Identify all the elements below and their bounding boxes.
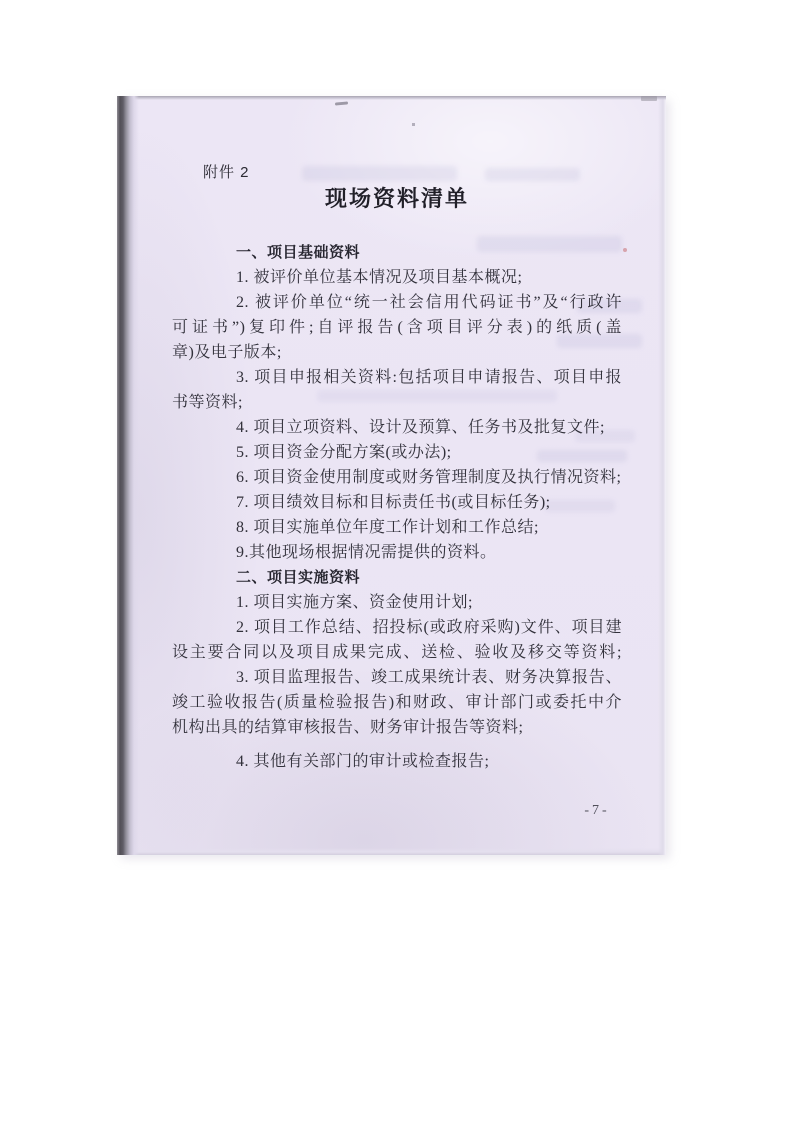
document-title: 现场资料清单 <box>172 185 622 212</box>
body-line: 书等资料; <box>172 390 622 415</box>
body-line: 7. 项目绩效目标和目标责任书(或目标任务); <box>172 490 622 515</box>
attachment-label: 附件 2 <box>203 165 622 181</box>
body-line: 4. 项目立项资料、设计及预算、任务书及批复文件; <box>172 415 622 440</box>
body-line: 二、项目实施资料 <box>172 565 622 590</box>
body-line: 可证书”)复印件;自评报告(含项目评分表)的纸质(盖 <box>172 315 622 340</box>
body-line: 2. 项目工作总结、招投标(或政府采购)文件、项目建 <box>172 615 622 640</box>
body-line: 3. 项目监理报告、竣工成果统计表、财务决算报告、 <box>172 665 622 690</box>
body-line: 1. 项目实施方案、资金使用计划; <box>172 590 622 615</box>
document-body: 一、项目基础资料1. 被评价单位基本情况及项目基本概况;2. 被评价单位“统一社… <box>172 240 622 774</box>
document-page: 附件 2 现场资料清单 一、项目基础资料1. 被评价单位基本情况及项目基本概况;… <box>117 96 666 855</box>
body-line: 5. 项目资金分配方案(或办法); <box>172 440 622 465</box>
scan-speck <box>641 96 657 101</box>
body-line: 机构出具的结算审核报告、财务审计报告等资料; <box>172 715 622 740</box>
document-content: 附件 2 现场资料清单 一、项目基础资料1. 被评价单位基本情况及项目基本概况;… <box>172 96 622 774</box>
scanned-document-canvas: 附件 2 现场资料清单 一、项目基础资料1. 被评价单位基本情况及项目基本概况;… <box>0 0 793 1122</box>
body-line: 一、项目基础资料 <box>172 240 622 265</box>
body-line: 4. 其他有关部门的审计或检查报告; <box>172 749 622 774</box>
body-line: 3. 项目申报相关资料:包括项目申请报告、项目申报 <box>172 365 622 390</box>
body-line: 竣工验收报告(质量检验报告)和财政、审计部门或委托中介 <box>172 690 622 715</box>
body-line: 设主要合同以及项目成果完成、送检、验收及移交等资料; <box>172 640 622 665</box>
body-line: 1. 被评价单位基本情况及项目基本概况; <box>172 265 622 290</box>
body-line: 章)及电子版本; <box>172 340 622 365</box>
page-number: -7- <box>555 803 639 819</box>
body-line: 8. 项目实施单位年度工作计划和工作总结; <box>172 515 622 540</box>
body-line: 6. 项目资金使用制度或财务管理制度及执行情况资料; <box>172 465 622 490</box>
body-line: 9.其他现场根据情况需提供的资料。 <box>172 540 622 565</box>
body-line: 2. 被评价单位“统一社会信用代码证书”及“行政许 <box>172 290 622 315</box>
scan-speck <box>623 248 627 252</box>
